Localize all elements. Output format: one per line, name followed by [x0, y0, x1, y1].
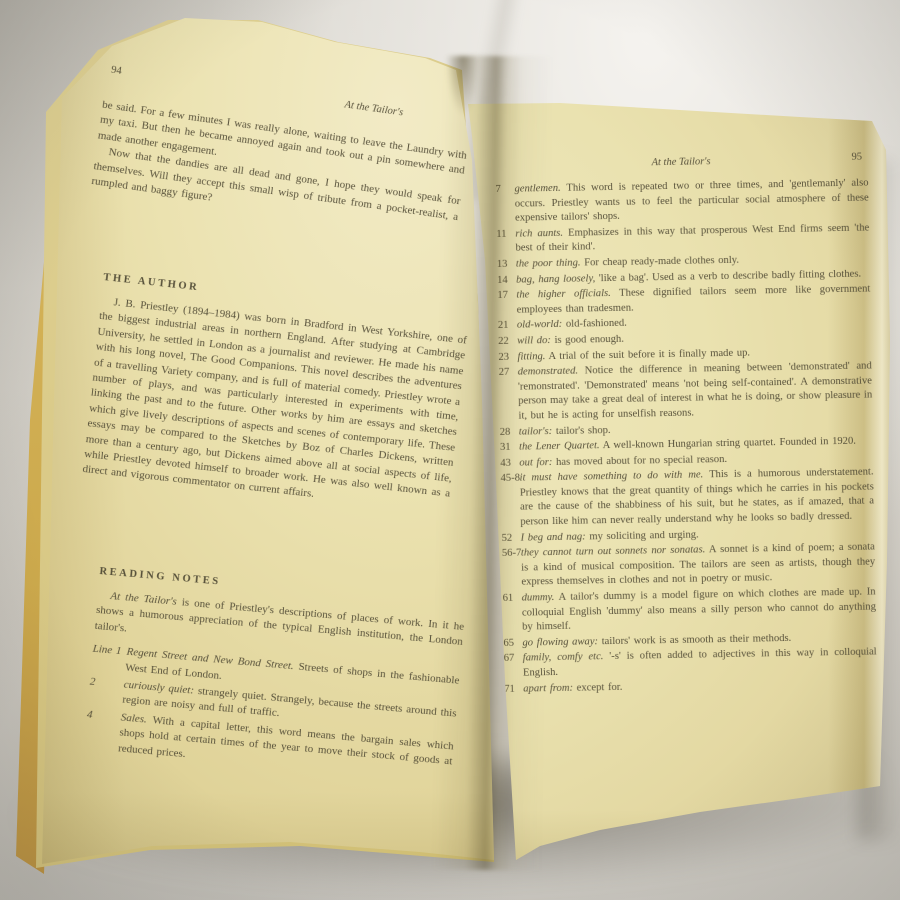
note-text: my soliciting and urging. [589, 529, 699, 542]
photo-scene: 94 At the Tailor's be said. For a few mi… [0, 0, 900, 900]
note-item: 61 dummy. A tailor's dummy is a model fi… [502, 585, 877, 635]
note-line-ref: 4 [86, 707, 93, 723]
note-text: except for. [577, 681, 623, 693]
note-text: Emphasizes in this way that prosperous W… [515, 222, 869, 254]
reading-notes-section: READING NOTES At the Tailor's is one of … [83, 566, 466, 787]
note-text: has moved about for no special reason. [556, 454, 727, 468]
note-text: A trial of the suit before it is finally… [548, 347, 750, 362]
note-lead: Sales. [120, 711, 147, 725]
right-notes-list: 7 gentlemen. This word is repeated two o… [494, 176, 877, 697]
note-text: tailor's shop. [556, 425, 611, 437]
note-line-ref: 2 [89, 675, 96, 691]
note-line-ref: Line 1 [92, 642, 122, 660]
right-page-number: 95 [851, 152, 862, 163]
author-paragraph: J. B. Priestley (1894–1984) was born in … [82, 294, 468, 518]
left-page-number: 94 [110, 65, 122, 77]
note-text: is good enough. [554, 334, 624, 346]
author-section: THE AUTHOR J. B. Priestley (1894–1984) w… [82, 272, 470, 517]
note-item: 45-8 it must have something to do with m… [499, 466, 874, 531]
note-text: tailors' work is as smooth as their meth… [602, 633, 792, 647]
note-text: old-fashioned. [566, 318, 627, 330]
note-text: For cheap ready-made clothes only. [584, 255, 739, 269]
note-text: This word is repeated two or three times… [515, 177, 869, 223]
note-item: 56-7 they cannot turn out sonnets nor so… [501, 541, 876, 591]
gutter-top-shadow [446, 56, 480, 116]
gutter-shadow [432, 55, 553, 870]
note-text: A well-known Hungarian string quartet. F… [603, 436, 856, 451]
note-text: 'like a bag'. Used as a verb to describe… [599, 268, 861, 284]
note-lead: they cannot turn out sonnets nor sonatas… [521, 545, 706, 559]
right-page-block: At the Tailor's 95 7 gentlemen. This wor… [494, 151, 877, 698]
note-item: 27 demonstrated. Notice the difference i… [498, 360, 873, 425]
note-text: A tailor's dummy is a model figure on wh… [522, 586, 876, 632]
